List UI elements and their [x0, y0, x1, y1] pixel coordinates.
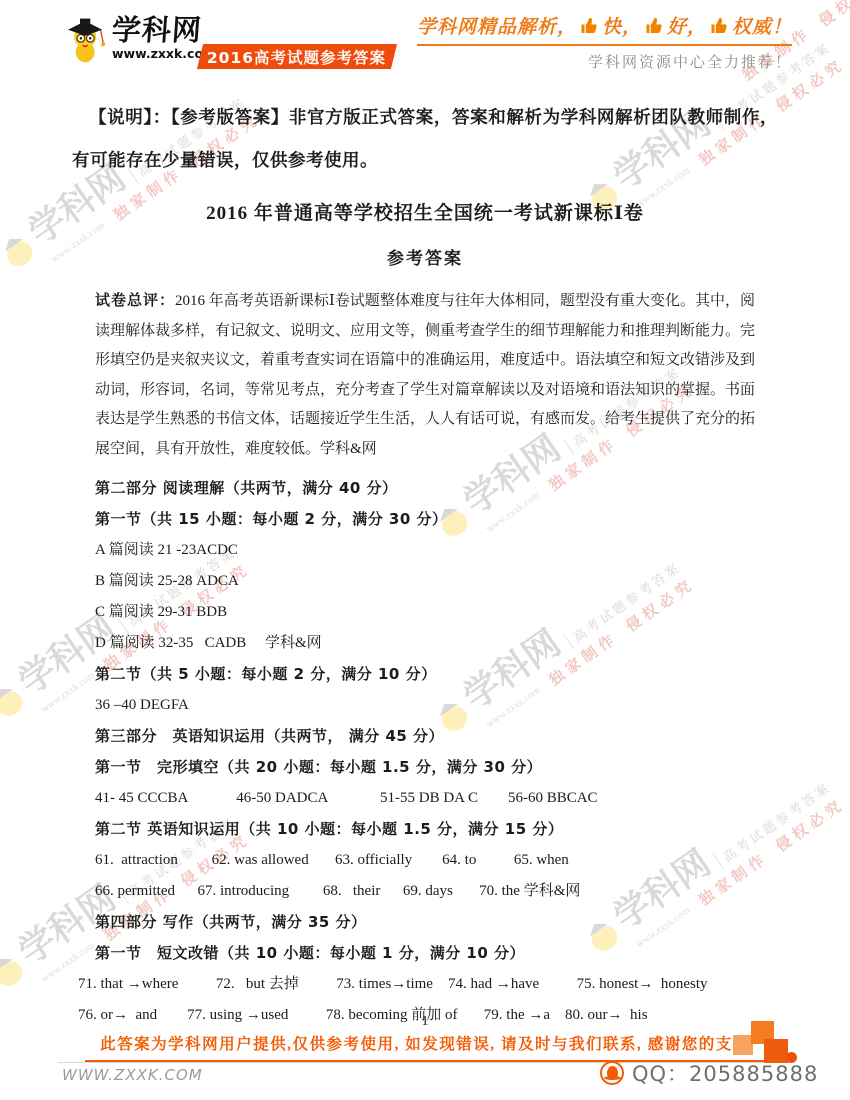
watermark-mascot-icon: [0, 956, 27, 991]
answers-title: 参考答案: [95, 244, 755, 269]
answer-line: 41- 45 CCCBA 46-50 DADCA 51-55 DB DA C 5…: [95, 783, 755, 814]
section-heading: 第二节 英语知识运用（共 10 小题：每小题 1.5 分，满分 15 分）: [95, 814, 755, 845]
page-header: 学科网 www.zxxk.com 2016高考试题参考答案 学科网精品解析， 快…: [0, 0, 850, 80]
watermark-rights: 侵权必究: [771, 793, 849, 856]
answer-line: D 篇阅读 32-35 CADB 学科&网: [95, 628, 755, 659]
footer-site-url: WWW.ZXXK.COM: [62, 1066, 203, 1084]
decor-square-light: [733, 1035, 753, 1055]
header-banner: 2016高考试题参考答案: [197, 44, 397, 69]
watermark-mascot-icon: [2, 236, 37, 271]
slogan-part: 学科网精品解析，: [417, 12, 577, 39]
answer-line: B 篇阅读 25-28 ADCA: [95, 566, 755, 597]
decor-dot: [786, 1052, 797, 1063]
slogan-part: 好，: [667, 12, 707, 39]
thumb-up-icon: [710, 17, 729, 34]
slogan-part: 权威！: [732, 12, 792, 39]
answer-line: 61. attraction 62. was allowed 63. offic…: [95, 845, 755, 876]
answer-line: C 篇阅读 29-31 BDB: [95, 597, 755, 628]
header-slogan: 学科网精品解析， 快， 好， 权威！ 学科网资源中心全力推荐！: [417, 12, 792, 72]
page-number: 1: [0, 1014, 850, 1030]
header-subtitle: 学科网资源中心全力推荐！: [417, 51, 792, 72]
qq-icon: [600, 1061, 624, 1085]
overview-text: 2016 年高考英语新课标Ⅰ卷试题整体难度与往年大体相同，题型没有重大变化。其中…: [95, 293, 755, 457]
answer-lines: 第二部分 阅读理解（共两节，满分 40 分） 第一节（共 15 小题：每小题 2…: [95, 473, 755, 1031]
watermark-mascot-icon: [0, 686, 27, 721]
brand-name: 学科网: [111, 16, 217, 44]
section-heading: 第四部分 写作（共两节，满分 35 分）: [95, 907, 755, 938]
thumb-up-icon: [580, 17, 599, 34]
answer-line: A 篇阅读 21 -23ACDC: [95, 535, 755, 566]
section-heading: 第三部分 英语知识运用（共两节， 满分 45 分）: [95, 721, 755, 752]
document-page: 学科网高考试题参考答案 www.zxxk.com独家制作侵权必究 学科网高考试题…: [0, 0, 850, 1100]
answer-line: 36 –40 DEGFA: [95, 690, 755, 721]
thumb-up-icon: [645, 17, 664, 34]
overview-paragraph: 试卷总评：2016 年高考英语新课标Ⅰ卷试题整体难度与往年大体相同，题型没有重大…: [95, 286, 755, 464]
header-banner-text: 2016高考试题参考答案: [207, 46, 386, 68]
answer-line: 71. that →where 72. but 去掉 73. times→tim…: [78, 969, 755, 1000]
overview-label: 试卷总评：: [95, 291, 175, 309]
zxxk-logo: 学科网 www.zxxk.com: [64, 16, 216, 64]
exam-title: 2016 年普通高等学校招生全国统一考试新课标Ⅰ卷: [95, 198, 755, 225]
section-heading: 第一节 完形填空（共 20 小题：每小题 1.5 分，满分 30 分）: [95, 752, 755, 783]
notice-paragraph: 【说明】：【参考版答案】非官方版正式答案，答案和解析为学科网解析团队教师制作，有…: [72, 96, 778, 182]
section-heading: 第二节（共 5 小题：每小题 2 分，满分 10 分）: [95, 659, 755, 690]
section-heading: 第一节（共 15 小题：每小题 2 分，满分 30 分）: [95, 504, 755, 535]
answer-line: 66. permitted 67. introducing 68. their …: [95, 876, 755, 907]
slogan-part: 快，: [602, 12, 642, 39]
watermark-url: www.zxxk.com: [39, 670, 97, 715]
section-heading: 第二部分 阅读理解（共两节，满分 40 分）: [95, 473, 755, 504]
mascot-icon: [64, 16, 108, 64]
document-body: 【说明】：【参考版答案】非官方版正式答案，答案和解析为学科网解析团队教师制作，有…: [95, 96, 755, 1031]
decor-square-dark: [764, 1039, 788, 1063]
section-heading: 第一节 短文改错（共 10 小题：每小题 1 分，满分 10 分）: [95, 938, 755, 969]
